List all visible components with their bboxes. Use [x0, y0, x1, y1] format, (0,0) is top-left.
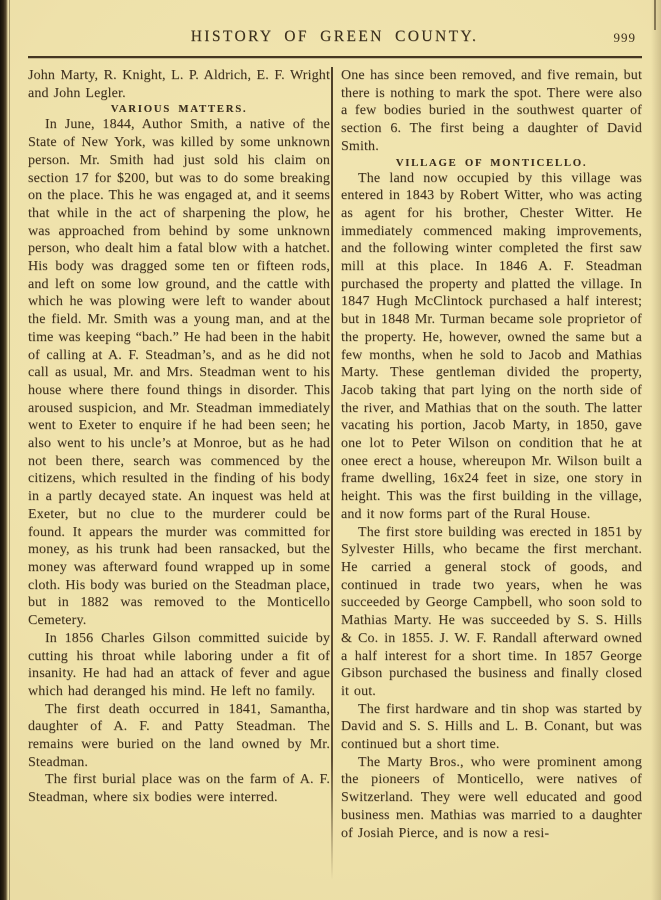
paragraph: The first burial place was on the farm o… [28, 771, 330, 806]
section-heading-village-of-monticello: VILLAGE OF MONTICELLO. [341, 157, 642, 169]
paragraph: The land now occupied by this village wa… [341, 170, 642, 524]
scan-corner-mark [654, 0, 656, 30]
paragraph-continuation: One has since been removed, and five rem… [341, 67, 642, 156]
book-page: HISTORY OF GREEN COUNTY. 999 John Marty,… [0, 0, 661, 900]
paragraph: In June, 1844, Author Smith, a native of… [28, 116, 330, 629]
page-edge-line [9, 0, 10, 900]
page-header: HISTORY OF GREEN COUNTY. 999 [28, 28, 641, 50]
page-right-edge-shade [651, 0, 661, 900]
page-number: 999 [614, 30, 637, 46]
binding-edge [0, 0, 8, 900]
paragraph: The first death occurred in 1841, Samant… [28, 701, 330, 772]
paragraph: The Marty Bros., who were prominent amon… [341, 754, 642, 843]
paragraph: The first store building was erected in … [341, 524, 642, 701]
left-column: John Marty, R. Knight, L. P. Aldrich, E.… [28, 67, 330, 892]
page-title: HISTORY OF GREEN COUNTY. [28, 28, 641, 46]
right-column: One has since been removed, and five rem… [333, 67, 642, 892]
section-heading-various-matters: VARIOUS MATTERS. [28, 103, 330, 115]
paragraph: In 1856 Charles Gilson committed suicide… [28, 630, 330, 701]
paragraph-continuation: John Marty, R. Knight, L. P. Aldrich, E.… [28, 67, 330, 102]
paragraph: The first hardware and tin shop was star… [341, 701, 642, 754]
text-columns: John Marty, R. Knight, L. P. Aldrich, E.… [28, 67, 642, 892]
header-rule [28, 56, 642, 58]
